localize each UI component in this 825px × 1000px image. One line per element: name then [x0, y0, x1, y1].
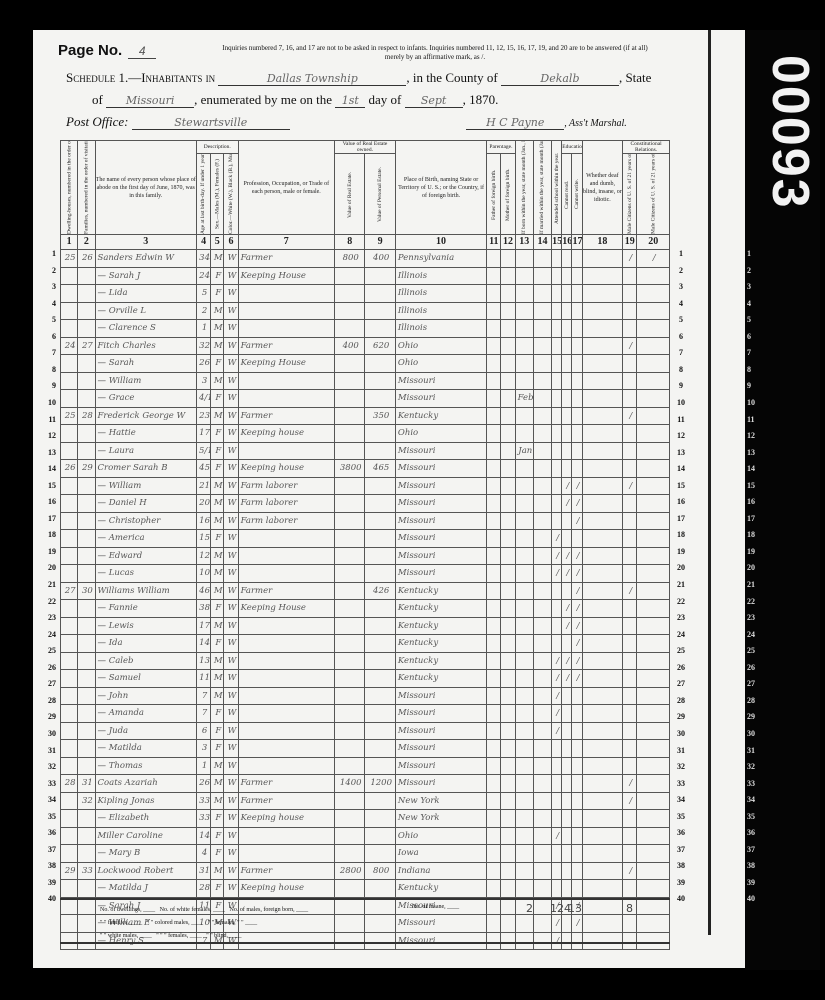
cell-cannot-write: /: [572, 635, 582, 653]
cell-father-foreign: [487, 530, 501, 548]
cell-age: 15: [196, 530, 210, 548]
cell-age: 5/12: [196, 442, 210, 460]
cell-age: 17: [196, 425, 210, 443]
cell-occupation: [238, 827, 334, 845]
table-row: — Sarah J24FWKeeping HouseIllinois: [61, 267, 670, 285]
cell-sex: M: [211, 547, 224, 565]
cell-citizen: [623, 460, 637, 478]
cell-cannot-write: /: [572, 512, 582, 530]
cell-school: [552, 302, 562, 320]
cell-family: [78, 880, 95, 898]
cell-citizen-denied: [637, 320, 670, 338]
cell-cannot-read: [562, 530, 572, 548]
cell-born-month: [515, 600, 533, 618]
cell-dwelling: [61, 845, 78, 863]
cell-personal-estate: 620: [365, 337, 395, 355]
col-school-header: Attended school within the year.: [552, 141, 562, 235]
cell-citizen-denied: [637, 267, 670, 285]
cell-color: W: [224, 880, 238, 898]
cell-school: [552, 285, 562, 303]
cell-cannot-write: [572, 425, 582, 443]
cell-born-month: [515, 512, 533, 530]
cell-citizen: [623, 267, 637, 285]
cell-sex: F: [211, 355, 224, 373]
cell-disability: [582, 827, 623, 845]
cell-birthplace: Kentucky: [395, 617, 486, 635]
cell-cannot-read: [562, 810, 572, 828]
cell-citizen-denied: [637, 827, 670, 845]
cell-citizen-denied: [637, 495, 670, 513]
table-row: — Lida5FWIllinois: [61, 285, 670, 303]
cell-cannot-read: [562, 390, 572, 408]
line-number: 25: [674, 646, 688, 655]
cell-real-estate: [335, 740, 365, 758]
cell-born-month: [515, 565, 533, 583]
cell-disability: [582, 390, 623, 408]
line-number: 18: [674, 530, 688, 539]
cell-personal-estate: [365, 302, 395, 320]
cell-father-foreign: [487, 407, 501, 425]
cell-mother-foreign: [501, 635, 515, 653]
cell-cannot-read: [562, 355, 572, 373]
cell-personal-estate: [365, 845, 395, 863]
cell-father-foreign: [487, 285, 501, 303]
cell-sex: M: [211, 320, 224, 338]
cell-family: 30: [78, 582, 95, 600]
cell-disability: [582, 442, 623, 460]
cell-color: W: [224, 862, 238, 880]
table-row: — Amanda7FWMissouri/: [61, 705, 670, 723]
table-row: 2427Fitch Charles32MWFarmer400620Ohio/: [61, 337, 670, 355]
cell-school: [552, 635, 562, 653]
table-row: — Sarah26FWKeeping HouseOhio: [61, 355, 670, 373]
line-number: 10: [674, 398, 688, 407]
cell-citizen: [623, 547, 637, 565]
col-father-foreign-header: Father of foreign birth.: [487, 154, 501, 235]
cell-mother-foreign: [501, 442, 515, 460]
cell-name: — Lida: [95, 285, 196, 303]
cell-color: W: [224, 320, 238, 338]
cell-father-foreign: [487, 705, 501, 723]
cell-birthplace: Missouri: [395, 512, 486, 530]
cell-dwelling: [61, 285, 78, 303]
cell-school: [552, 495, 562, 513]
cell-disability: [582, 302, 623, 320]
cell-occupation: [238, 687, 334, 705]
cell-occupation: Farmer: [238, 862, 334, 880]
summary-labels: No. of dwellings, ____ No. of white fema…: [100, 904, 308, 943]
cell-real-estate: [335, 442, 365, 460]
cell-cannot-write: [572, 810, 582, 828]
cell-sex: M: [211, 337, 224, 355]
cell-married-month: [533, 547, 551, 565]
cell-sex: F: [211, 425, 224, 443]
cell-real-estate: [335, 285, 365, 303]
line-number: 38: [674, 861, 688, 870]
cell-family: [78, 495, 95, 513]
cell-dwelling: [61, 687, 78, 705]
cell-married-month: [533, 652, 551, 670]
col-married-month-header: If married within the year, state month …: [533, 141, 551, 235]
cell-birthplace: Missouri: [395, 775, 486, 793]
cell-citizen-denied: [637, 687, 670, 705]
cell-married-month: [533, 792, 551, 810]
cell-mother-foreign: [501, 845, 515, 863]
cell-birthplace: Kentucky: [395, 652, 486, 670]
cell-cannot-read: [562, 250, 572, 268]
cell-personal-estate: [365, 880, 395, 898]
cell-disability: [582, 775, 623, 793]
cell-birthplace: Missouri: [395, 390, 486, 408]
cell-cannot-write: [572, 407, 582, 425]
cell-school: /: [552, 705, 562, 723]
cell-citizen-denied: [637, 617, 670, 635]
cell-disability: [582, 740, 623, 758]
cell-dwelling: [61, 512, 78, 530]
cell-real-estate: [335, 827, 365, 845]
cell-mother-foreign: [501, 512, 515, 530]
table-row: — Clarence S1MWIllinois: [61, 320, 670, 338]
cell-name: — William: [95, 477, 196, 495]
cell-color: W: [224, 705, 238, 723]
cell-age: 33: [196, 810, 210, 828]
census-table: Dwelling-houses, numbered in the order o…: [60, 140, 670, 950]
cell-father-foreign: [487, 355, 501, 373]
cell-personal-estate: [365, 670, 395, 688]
cell-real-estate: [335, 722, 365, 740]
cell-age: 7: [196, 705, 210, 723]
cell-disability: [582, 250, 623, 268]
line-number: 18: [42, 530, 56, 539]
cell-married-month: [533, 530, 551, 548]
line-number: 26: [674, 663, 688, 672]
cell-personal-estate: 800: [365, 862, 395, 880]
cell-cannot-read: [562, 582, 572, 600]
col-personal-estate-header: Value of Personal Estate.: [365, 154, 395, 235]
cell-name: Miller Caroline: [95, 827, 196, 845]
cell-age: 1: [196, 320, 210, 338]
cell-married-month: [533, 442, 551, 460]
cell-sex: F: [211, 705, 224, 723]
cell-occupation: [238, 652, 334, 670]
cell-married-month: [533, 827, 551, 845]
cell-cannot-write: [572, 880, 582, 898]
cell-real-estate: [335, 407, 365, 425]
cell-color: W: [224, 757, 238, 775]
cell-father-foreign: [487, 757, 501, 775]
line-number: 3: [674, 282, 688, 291]
cell-married-month: [533, 862, 551, 880]
cell-school: [552, 477, 562, 495]
cell-dwelling: 29: [61, 862, 78, 880]
cell-name: — Hattie: [95, 425, 196, 443]
line-number: 11: [747, 415, 755, 424]
cell-dwelling: [61, 425, 78, 443]
cell-disability: [582, 407, 623, 425]
cell-cannot-read: [562, 687, 572, 705]
cell-color: W: [224, 495, 238, 513]
cell-school: [552, 845, 562, 863]
cell-school: [552, 757, 562, 775]
cell-school: [552, 460, 562, 478]
cell-cannot-write: [572, 757, 582, 775]
cell-school: [552, 250, 562, 268]
table-row: 2831Coats Azariah26MWFarmer14001200Misso…: [61, 775, 670, 793]
cell-personal-estate: [365, 442, 395, 460]
cell-school: /: [552, 722, 562, 740]
cell-cannot-write: [572, 687, 582, 705]
line-number: 14: [674, 464, 688, 473]
cell-birthplace: Illinois: [395, 267, 486, 285]
cell-family: [78, 285, 95, 303]
cell-occupation: [238, 635, 334, 653]
cell-born-month: [515, 337, 533, 355]
cell-occupation: [238, 722, 334, 740]
cell-real-estate: [335, 687, 365, 705]
cell-real-estate: [335, 267, 365, 285]
cell-dwelling: [61, 355, 78, 373]
cell-real-estate: [335, 530, 365, 548]
cell-sex: M: [211, 792, 224, 810]
cell-father-foreign: [487, 442, 501, 460]
line-number: 12: [747, 431, 755, 440]
cell-sex: M: [211, 775, 224, 793]
cell-citizen-denied: [637, 705, 670, 723]
cell-mother-foreign: [501, 530, 515, 548]
line-number: 11: [42, 415, 56, 424]
cell-disability: [582, 425, 623, 443]
line-number: 28: [42, 696, 56, 705]
cell-disability: [582, 810, 623, 828]
cell-citizen: [623, 635, 637, 653]
cell-sex: M: [211, 250, 224, 268]
cell-born-month: [515, 267, 533, 285]
cell-sex: F: [211, 845, 224, 863]
cell-birthplace: Kentucky: [395, 670, 486, 688]
description-group-header: Description.: [196, 141, 238, 154]
cell-mother-foreign: [501, 267, 515, 285]
cell-sex: M: [211, 372, 224, 390]
cell-born-month: [515, 407, 533, 425]
cell-name: — Sarah J: [95, 267, 196, 285]
col-name-header: The name of every person whose place of …: [95, 141, 196, 235]
cell-family: [78, 705, 95, 723]
cell-personal-estate: [365, 635, 395, 653]
line-number: 14: [747, 464, 755, 473]
cell-citizen-denied: [637, 390, 670, 408]
cell-birthplace: Missouri: [395, 372, 486, 390]
cell-school: [552, 442, 562, 460]
cell-name: — Matilda J: [95, 880, 196, 898]
cell-family: [78, 302, 95, 320]
cell-mother-foreign: [501, 880, 515, 898]
line-number: 17: [674, 514, 688, 523]
cell-sex: F: [211, 635, 224, 653]
cell-family: [78, 635, 95, 653]
cell-cannot-write: [572, 337, 582, 355]
cell-cannot-write: [572, 862, 582, 880]
cell-citizen: [623, 425, 637, 443]
cell-dwelling: [61, 652, 78, 670]
cell-sex: M: [211, 670, 224, 688]
cell-name: — Christopher: [95, 512, 196, 530]
cell-citizen: /: [623, 250, 637, 268]
cell-citizen: [623, 740, 637, 758]
cell-born-month: [515, 845, 533, 863]
cell-born-month: [515, 617, 533, 635]
cell-citizen: [623, 495, 637, 513]
cell-cannot-read: [562, 722, 572, 740]
line-number: 37: [42, 845, 56, 854]
cell-school: [552, 372, 562, 390]
cell-mother-foreign: [501, 372, 515, 390]
cell-dwelling: 27: [61, 582, 78, 600]
cell-cannot-read: [562, 285, 572, 303]
line-number: 15: [42, 481, 56, 490]
cell-occupation: Keeping House: [238, 267, 334, 285]
line-number: 13: [747, 448, 755, 457]
col-mother-foreign-header: Mother of foreign birth.: [501, 154, 515, 235]
cell-occupation: [238, 845, 334, 863]
cell-sex: F: [211, 600, 224, 618]
cell-real-estate: 800: [335, 250, 365, 268]
cell-name: Fitch Charles: [95, 337, 196, 355]
cell-occupation: Farmer: [238, 337, 334, 355]
cell-dwelling: [61, 810, 78, 828]
cell-occupation: [238, 285, 334, 303]
cell-married-month: [533, 757, 551, 775]
cell-sex: F: [211, 460, 224, 478]
cell-school: [552, 775, 562, 793]
cell-sex: F: [211, 390, 224, 408]
cell-father-foreign: [487, 862, 501, 880]
cell-born-month: [515, 320, 533, 338]
cell-color: W: [224, 355, 238, 373]
cell-father-foreign: [487, 425, 501, 443]
cell-mother-foreign: [501, 652, 515, 670]
cell-disability: [582, 477, 623, 495]
cell-citizen: /: [623, 775, 637, 793]
cell-personal-estate: [365, 355, 395, 373]
cell-cannot-read: [562, 845, 572, 863]
cell-married-month: [533, 407, 551, 425]
month-field: Sept: [405, 94, 463, 108]
cell-citizen: [623, 442, 637, 460]
cell-age: 11: [196, 670, 210, 688]
cell-age: 3: [196, 372, 210, 390]
cell-cannot-read: [562, 337, 572, 355]
cell-dwelling: [61, 670, 78, 688]
cell-occupation: Farm laborer: [238, 477, 334, 495]
cell-color: W: [224, 582, 238, 600]
cell-name: — Daniel H: [95, 495, 196, 513]
cell-born-month: [515, 705, 533, 723]
cell-father-foreign: [487, 302, 501, 320]
cell-birthplace: Kentucky: [395, 582, 486, 600]
cell-married-month: [533, 810, 551, 828]
line-number: 30: [674, 729, 688, 738]
real-estate-group-header: Value of Real Estate owned.: [335, 141, 396, 154]
cell-married-month: [533, 635, 551, 653]
cell-name: — Laura: [95, 442, 196, 460]
cell-citizen: [623, 600, 637, 618]
cell-sex: F: [211, 722, 224, 740]
cell-family: [78, 810, 95, 828]
col-occupation-header: Profession, Occupation, or Trade of each…: [238, 141, 334, 235]
cell-name: — Ida: [95, 635, 196, 653]
cell-family: [78, 477, 95, 495]
line-number: 16: [674, 497, 688, 506]
cell-name: — Fannie: [95, 600, 196, 618]
line-number: 36: [747, 828, 755, 837]
cell-occupation: [238, 320, 334, 338]
cell-cannot-write: [572, 460, 582, 478]
cell-citizen: [623, 512, 637, 530]
cell-citizen-denied: [637, 372, 670, 390]
cell-birthplace: Illinois: [395, 285, 486, 303]
cell-school: [552, 267, 562, 285]
parentage-group-header: Parentage.: [487, 141, 515, 154]
cell-name: — America: [95, 530, 196, 548]
cell-birthplace: Illinois: [395, 302, 486, 320]
cell-born-month: [515, 635, 533, 653]
cell-citizen-denied: [637, 442, 670, 460]
cell-sex: M: [211, 687, 224, 705]
cell-color: W: [224, 512, 238, 530]
line-number: 8: [42, 365, 56, 374]
cell-age: 24: [196, 267, 210, 285]
line-number: 25: [42, 646, 56, 655]
cell-cannot-read: /: [562, 617, 572, 635]
cell-sex: F: [211, 442, 224, 460]
cell-born-month: [515, 530, 533, 548]
cell-citizen-denied: [637, 285, 670, 303]
table-row: — Caleb13MWKentucky///: [61, 652, 670, 670]
cell-name: Frederick George W: [95, 407, 196, 425]
cell-school: /: [552, 827, 562, 845]
cell-born-month: [515, 792, 533, 810]
cell-mother-foreign: [501, 705, 515, 723]
cell-color: W: [224, 407, 238, 425]
cell-birthplace: Missouri: [395, 705, 486, 723]
column-number-row: 1234567891011121314151617181920: [61, 235, 670, 250]
cell-born-month: [515, 652, 533, 670]
cell-school: [552, 880, 562, 898]
cell-real-estate: [335, 652, 365, 670]
cell-personal-estate: [365, 512, 395, 530]
cell-disability: [582, 495, 623, 513]
cell-married-month: [533, 355, 551, 373]
cell-birthplace: New York: [395, 810, 486, 828]
cell-born-month: [515, 740, 533, 758]
cell-color: W: [224, 810, 238, 828]
cell-real-estate: [335, 355, 365, 373]
cell-cannot-write: /: [572, 670, 582, 688]
table-row: — Lucas10MWMissouri///: [61, 565, 670, 583]
cell-color: W: [224, 267, 238, 285]
cell-sex: F: [211, 880, 224, 898]
cell-color: W: [224, 600, 238, 618]
line-number: 19: [747, 547, 755, 556]
cell-married-month: [533, 775, 551, 793]
cell-citizen-denied: [637, 635, 670, 653]
cell-birthplace: Illinois: [395, 320, 486, 338]
cell-school: /: [552, 687, 562, 705]
cell-citizen: [623, 652, 637, 670]
cell-citizen-denied: [637, 337, 670, 355]
cell-cannot-read: [562, 407, 572, 425]
cell-real-estate: 2800: [335, 862, 365, 880]
